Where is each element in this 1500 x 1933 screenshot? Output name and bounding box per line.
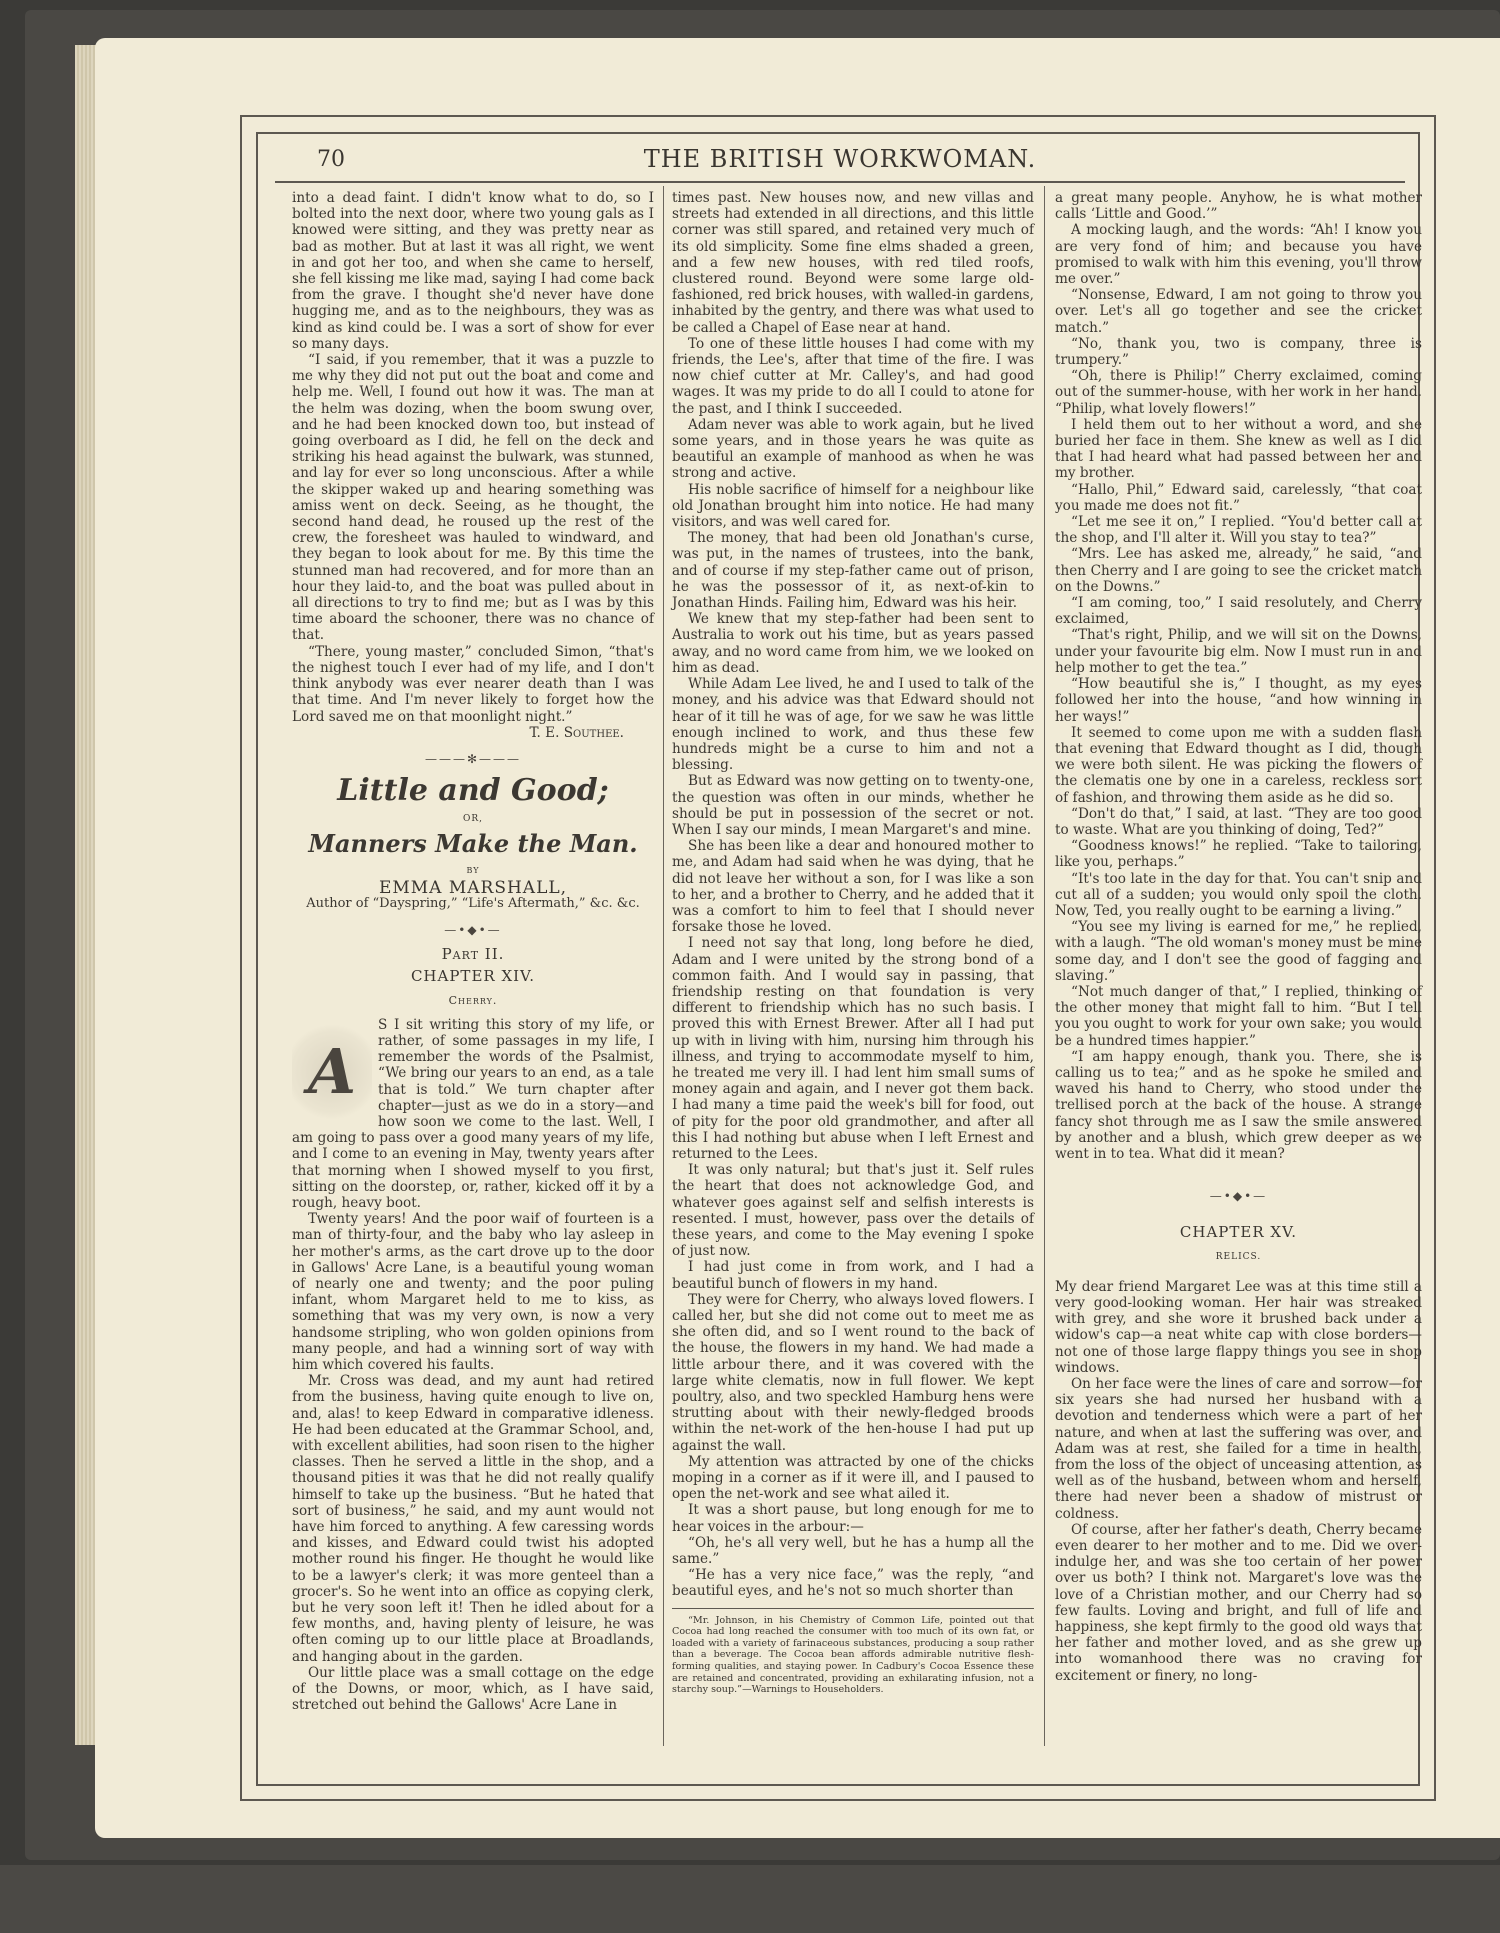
paragraph: My dear friend Margaret Lee was at this … — [1055, 1279, 1422, 1376]
paragraph: She has been like a dear and honoured mo… — [672, 838, 1034, 935]
paragraph: “I am happy enough, thank you. There, sh… — [1055, 1049, 1422, 1162]
book-base — [0, 1865, 1500, 1933]
paragraph: “Goodness knows!” he replied. “Take to t… — [1055, 838, 1422, 870]
column-3: a great many people. Anyhow, he is what … — [1055, 190, 1422, 1684]
paragraph: “Let me see it on,” I replied. “You'd be… — [1055, 514, 1422, 546]
footnote-rule — [672, 1608, 1034, 1609]
paragraph: “He has a very nice face,” was the reply… — [672, 1567, 1034, 1599]
story-subtitle: Manners Make the Man. — [292, 829, 654, 859]
paragraph: We knew that my step-father had been sen… — [672, 611, 1034, 676]
paragraph: “Not much danger of that,” I replied, th… — [1055, 984, 1422, 1049]
story-author: EMMA MARSHALL, — [292, 880, 654, 896]
story-title: Little and Good; — [292, 773, 654, 809]
column-1: into a dead faint. I didn't know what to… — [292, 190, 654, 1713]
paragraph: I had just come in from work, and I had … — [672, 1259, 1034, 1291]
page-header: 70 THE BRITISH WORKWOMAN. — [275, 145, 1405, 183]
paragraph: “No, thank you, two is company, three is… — [1055, 336, 1422, 368]
paragraph: times past. New houses now, and new vill… — [672, 190, 1034, 336]
author-signature: T. E. Southee. — [292, 725, 654, 741]
paragraph: “Nonsense, Edward, I am not going to thr… — [1055, 287, 1422, 336]
paragraph: But as Edward was now getting on to twen… — [672, 773, 1034, 838]
paragraph: The money, that had been old Jonathan's … — [672, 530, 1034, 611]
paragraph: “I am coming, too,” I said resolutely, a… — [1055, 595, 1422, 627]
paragraph: “You see my living is earned for me,” he… — [1055, 919, 1422, 984]
paragraph: I need not say that long, long before he… — [672, 935, 1034, 1162]
story-or: OR, — [292, 811, 654, 827]
footnote-advertisement: “Mr. Johnson, in his Chemistry of Common… — [672, 1615, 1034, 1696]
paragraph: Adam never was able to work again, but h… — [672, 417, 1034, 482]
paragraph: “There, young master,” concluded Simon, … — [292, 644, 654, 725]
running-title: THE BRITISH WORKWOMAN. — [275, 145, 1405, 173]
chapter-subtitle: Cherry. — [292, 993, 654, 1009]
paragraph: “I said, if you remember, that it was a … — [292, 352, 654, 644]
paragraph: a great many people. Anyhow, he is what … — [1055, 190, 1422, 222]
paragraph: “Oh, he's all very well, but he has a hu… — [672, 1535, 1034, 1567]
paragraph: “Oh, there is Philip!” Cherry exclaimed,… — [1055, 368, 1422, 417]
chapter-subtitle: RELICS. — [1055, 1249, 1422, 1265]
paragraph: I held them out to her without a word, a… — [1055, 417, 1422, 482]
paragraph: On her face were the lines of care and s… — [1055, 1376, 1422, 1522]
paragraph: Twenty years! And the poor waif of fourt… — [292, 1211, 654, 1373]
column-divider — [1044, 186, 1045, 1746]
paragraph: Our little place was a small cottage on … — [292, 1665, 654, 1714]
paragraph: Mr. Cross was dead, and my aunt had reti… — [292, 1373, 654, 1665]
paragraph: “Mrs. Lee has asked me, already,” he sai… — [1055, 546, 1422, 595]
column-2: times past. New houses now, and new vill… — [672, 190, 1034, 1696]
chapter-heading: CHAPTER XV. — [1055, 1224, 1422, 1240]
paragraph: They were for Cherry, who always loved f… — [672, 1292, 1034, 1454]
author-credit: Author of “Dayspring,” “Life's Aftermath… — [292, 896, 654, 912]
column-divider — [663, 186, 664, 1746]
paragraph: It seemed to come upon me with a sudden … — [1055, 725, 1422, 806]
paragraph: “That's right, Philip, and we will sit o… — [1055, 627, 1422, 676]
part-heading: Part II. — [292, 946, 654, 962]
paragraph: “It's too late in the day for that. You … — [1055, 871, 1422, 920]
paragraph: My attention was attracted by one of the… — [672, 1454, 1034, 1503]
paragraph: It was a short pause, but long enough fo… — [672, 1502, 1034, 1534]
paragraph: into a dead faint. I didn't know what to… — [292, 190, 654, 352]
paragraph: It was only natural; but that's just it.… — [672, 1162, 1034, 1259]
paragraph: “Don't do that,” I said, at last. “They … — [1055, 806, 1422, 838]
ornamental-dropcap-icon: A — [292, 1017, 372, 1127]
opening-paragraph: A S I sit writing this story of my life,… — [292, 1017, 654, 1211]
ornament-divider: —•◆•— — [1055, 1188, 1422, 1204]
paragraph: To one of these little houses I had come… — [672, 336, 1034, 417]
chapter-heading: CHAPTER XIV. — [292, 968, 654, 984]
paragraph: His noble sacrifice of himself for a nei… — [672, 482, 1034, 531]
paragraph: “How beautiful she is,” I thought, as my… — [1055, 676, 1422, 725]
ornament-divider: —•◆•— — [292, 922, 654, 938]
paragraph: “Hallo, Phil,” Edward said, carelessly, … — [1055, 482, 1422, 514]
paragraph: While Adam Lee lived, he and I used to t… — [672, 676, 1034, 773]
ornament-divider: ———✻——— — [292, 751, 654, 767]
paragraph: A mocking laugh, and the words: “Ah! I k… — [1055, 222, 1422, 287]
paragraph: Of course, after her father's death, Che… — [1055, 1522, 1422, 1684]
